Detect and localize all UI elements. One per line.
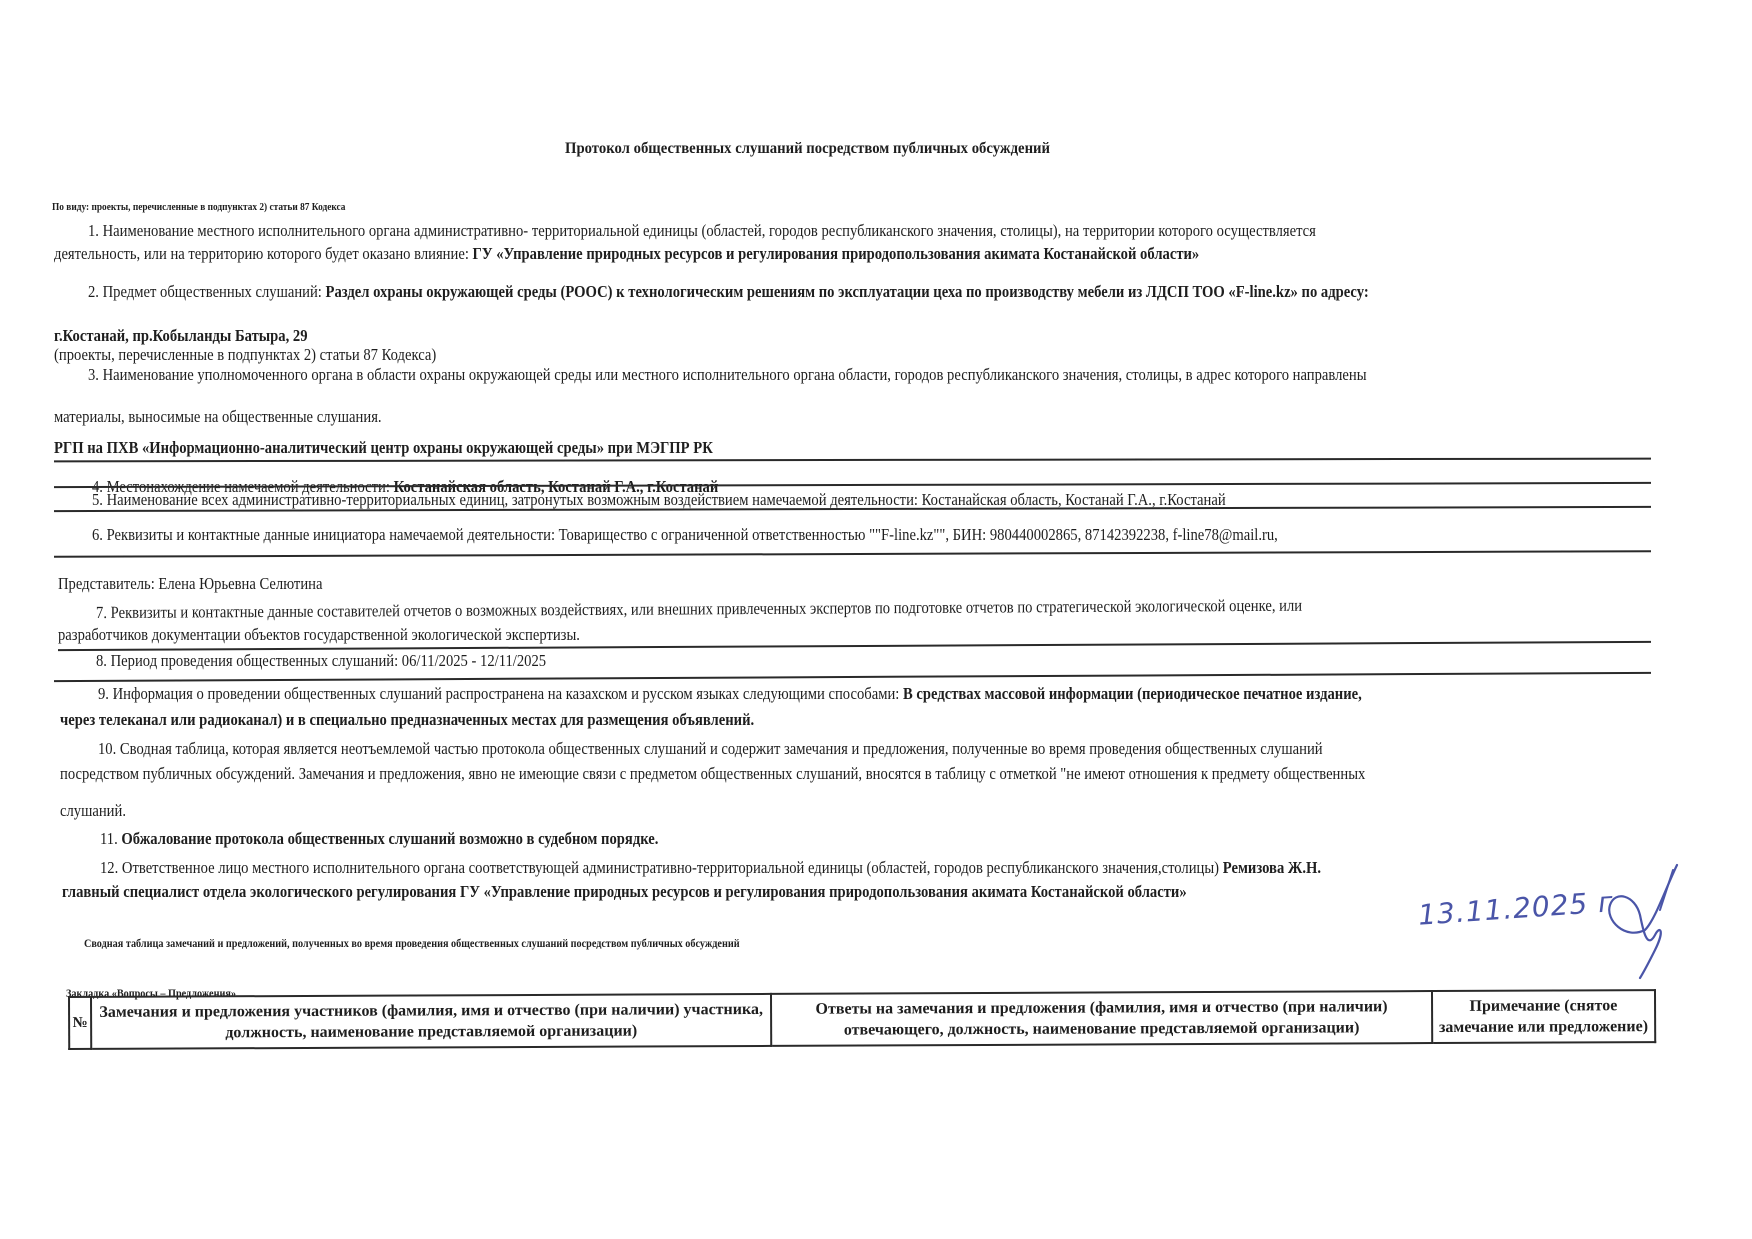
item-7-line-1: 7. Реквизиты и контактные данные состави… [96, 595, 1302, 624]
item-11-value: Обжалование протокола общественных слуша… [121, 829, 658, 848]
item-6: 6. Реквизиты и контактные данные инициат… [92, 524, 1278, 546]
table-header-row: № Замечания и предложения участников (фа… [69, 990, 1655, 1049]
item-2-note: (проекты, перечисленные в подпунктах 2) … [54, 344, 436, 366]
document-subtitle: По виду: проекты, перечисленные в подпун… [52, 201, 345, 213]
item-8: 8. Период проведения общественных слушан… [96, 650, 546, 672]
item-2-value: Раздел охраны окружающей среды (РООС) к … [326, 282, 1369, 301]
item-1-line-2: деятельность, или на территорию которого… [54, 243, 1199, 265]
item-9-value: В средствах массовой информации (периоди… [903, 684, 1362, 703]
representative: Представитель: Елена Юрьевна Селютина [58, 573, 322, 595]
item-3-line-1: 3. Наименование уполномоченного органа в… [88, 364, 1367, 386]
item-9-line-2: через телеканал или радиоканал) и в спец… [60, 709, 754, 731]
document-title: Протокол общественных слушаний посредств… [565, 140, 1050, 158]
item-12-line-2: главный специалист отдела экологического… [62, 881, 1187, 903]
item-12-line-1: 12. Ответственное лицо местного исполнит… [100, 857, 1321, 879]
item-2-label: 2. Предмет общественных слушаний: [88, 282, 326, 301]
item-3-line-2: материалы, выносимые на общественные слу… [54, 406, 382, 428]
item-1-line-1: 1. Наименование местного исполнительного… [88, 220, 1316, 242]
item-3-value: РГП на ПХВ «Информационно-аналитический … [54, 437, 713, 459]
item-11-label: 11. [100, 829, 121, 848]
item-1-value: ГУ «Управление природных ресурсов и регу… [473, 244, 1200, 263]
document-page: Протокол общественных слушаний посредств… [0, 0, 1752, 1239]
item-11: 11. Обжалование протокола общественных с… [100, 828, 658, 850]
divider [54, 550, 1651, 558]
item-1-label: деятельность, или на территорию которого… [54, 244, 473, 263]
summary-table-caption: Сводная таблица замечаний и предложений,… [84, 936, 740, 951]
item-9-line-1: 9. Информация о проведении общественных … [98, 683, 1362, 705]
item-10-line-1: 10. Сводная таблица, которая является не… [98, 738, 1323, 760]
header-note: Примечание (снятое замечание или предлож… [1432, 990, 1656, 1043]
header-number: № [69, 997, 91, 1049]
divider [54, 672, 1651, 682]
item-10-line-3: слушаний. [60, 800, 126, 822]
item-9-label: 9. Информация о проведении общественных … [98, 684, 903, 703]
signature-icon [1585, 860, 1685, 980]
item-2-line-1: 2. Предмет общественных слушаний: Раздел… [88, 281, 1369, 303]
summary-table: № Замечания и предложения участников (фа… [68, 989, 1656, 1050]
item-12-label: 12. Ответственное лицо местного исполнит… [100, 858, 1223, 877]
item-10-line-2: посредством публичных обсуждений. Замеча… [60, 763, 1365, 785]
item-12-value: Ремизова Ж.Н. [1223, 858, 1321, 877]
item-7-line-2: разработчиков документации объектов госу… [58, 624, 580, 646]
header-remarks: Замечания и предложения участников (фами… [91, 994, 772, 1049]
header-answers: Ответы на замечания и предложения (фамил… [771, 991, 1432, 1046]
